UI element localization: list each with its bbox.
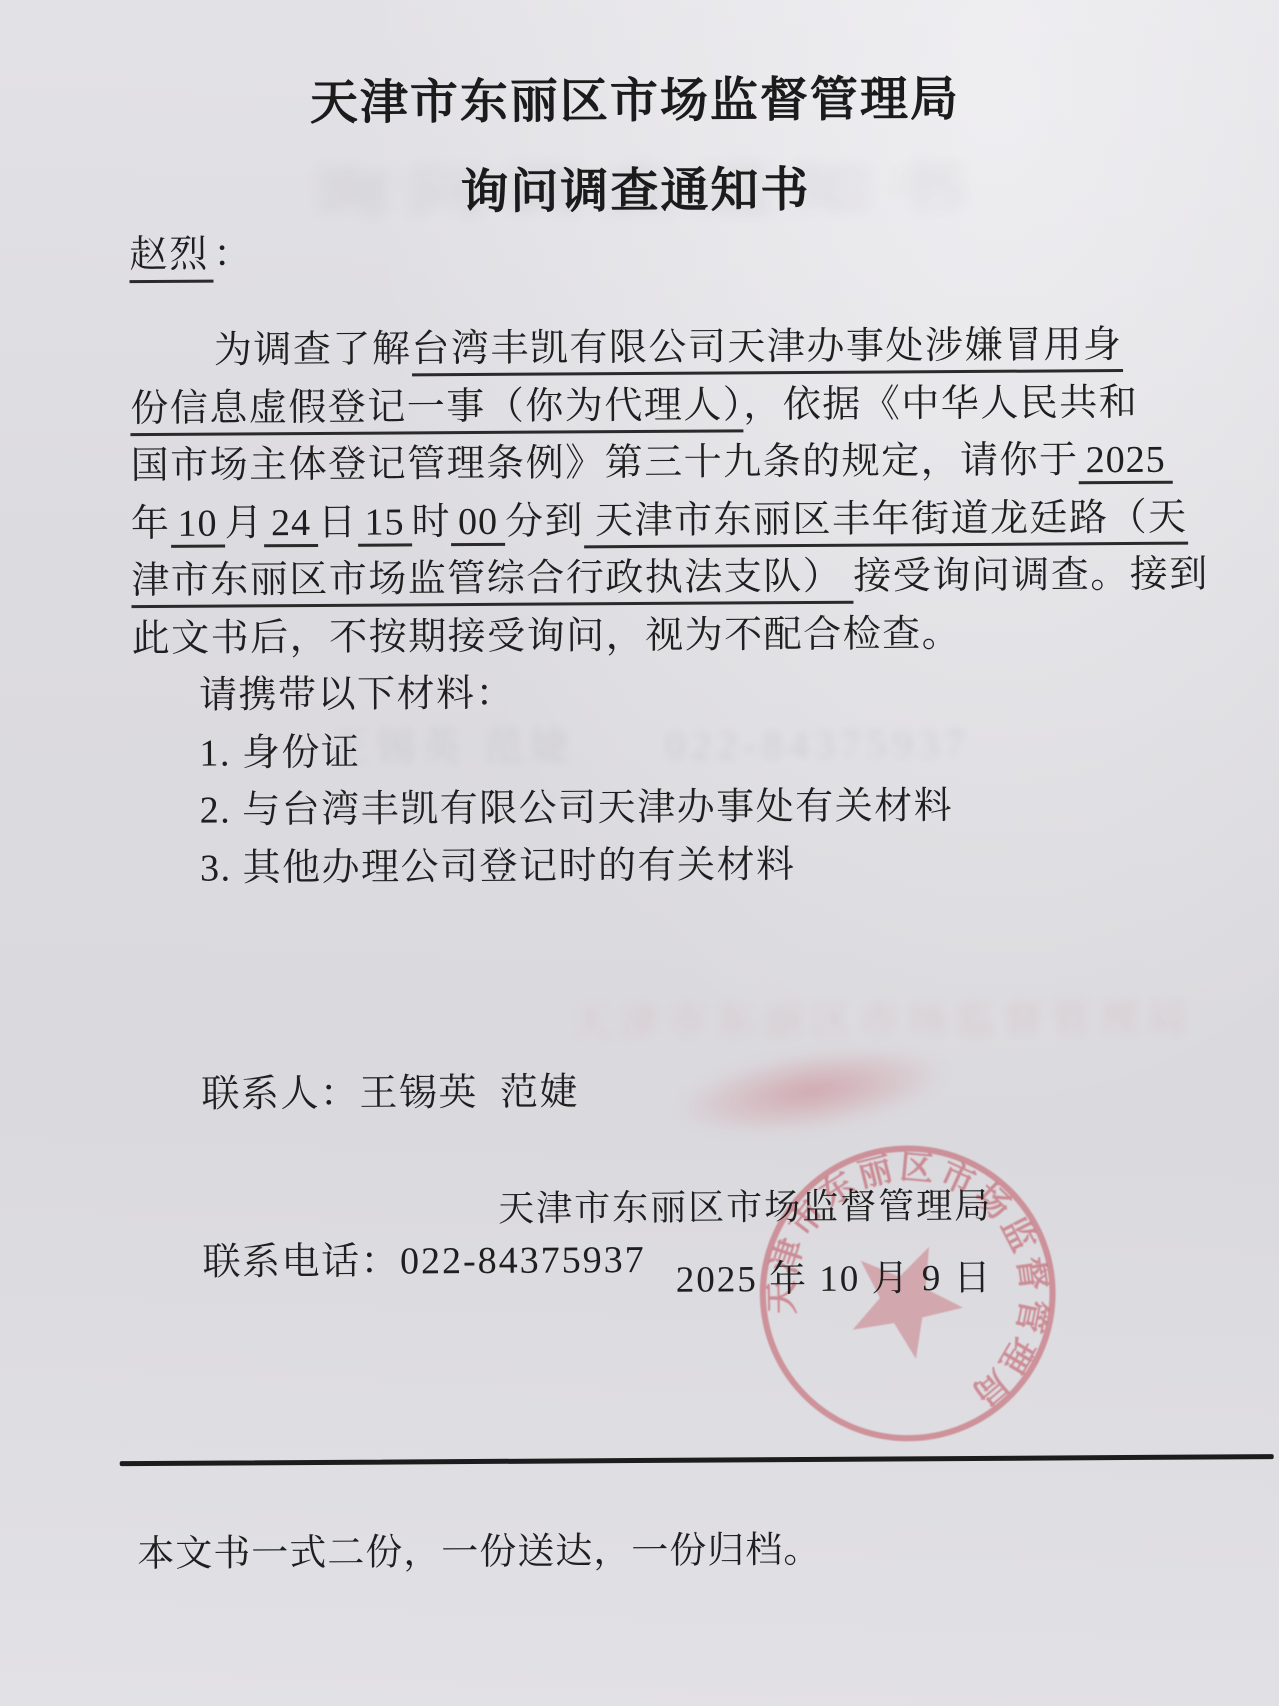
underlined-text: 津市东丽区市场监管综合行政执法支队） [131, 556, 853, 608]
underlined-text: 00 [451, 500, 505, 545]
footer-divider [120, 1454, 1274, 1466]
signature-block: 天津市东丽区市场监督管理局 2025 年 10 月 9 日 [498, 1178, 993, 1304]
contact-phone-label: 联系电话： [202, 1240, 400, 1283]
materials-item: 1. 身份证 [132, 719, 1207, 783]
materials-item: 3. 其他办理公司登记时的有关材料 [133, 834, 1208, 898]
underlined-text: 24 [264, 501, 318, 546]
body-paragraph: 为调查了解台湾丰凯有限公司天津办事处涉嫌冒用身份信息虚假登记一事（你为代理人），… [130, 317, 1208, 899]
addressee-line: 赵烈： [129, 222, 253, 278]
underlined-text: 2025 [1078, 439, 1172, 485]
document-content: 询问调查通知书 王锡英 范婕022-84375937 天津市东丽区市场监督管理局… [0, 0, 1279, 1706]
footer-note: 本文书一式二份，一份送达，一份归档。 [137, 1519, 821, 1577]
contact-person-label: 联系人： [201, 1073, 359, 1116]
signature-org: 天津市东丽区市场监督管理局 [498, 1178, 992, 1232]
bleed-through-red-text: 天津市东丽区市场监督管理局 [571, 987, 1195, 1048]
body-line: 年10月24日15时00分到 天津市东丽区丰年街道龙廷路（天 [131, 489, 1206, 553]
materials-intro: 请携带以下材料： [132, 662, 1207, 726]
body-line: 此文书后，不按期接受询问，视为不配合检查。 [132, 604, 1207, 668]
body-text: 此文书后，不按期接受询问，视为不配合检查。 [132, 613, 962, 660]
body-text: 月 [224, 502, 264, 544]
underlined-text: 天津市东丽区丰年街道龙廷路（天 [584, 496, 1188, 548]
underlined-text: 台湾丰凯有限公司天津办事处涉嫌冒用身 [411, 324, 1122, 376]
body-text: ，依据《中华人民共和 [743, 381, 1138, 425]
addressee-name: 赵烈 [129, 234, 213, 284]
contact-person-names: 王锡英 范婕 [359, 1071, 579, 1114]
document-title: 询问调查通知书 [0, 148, 1275, 225]
body-text: 国市场主体登记管理条例》第三十九条的规定，请你于 [130, 439, 1078, 487]
signature-date: 2025 年 10 月 9 日 [498, 1247, 992, 1304]
body-line: 份信息虚假登记一事（你为代理人），依据《中华人民共和 [130, 374, 1205, 438]
body-line: 为调查了解台湾丰凯有限公司天津办事处涉嫌冒用身 [130, 317, 1205, 381]
underlined-text: 15 [357, 501, 411, 546]
contact-person-line: 联系人：王锡英 范婕 [201, 1064, 645, 1123]
body-text: 年 [131, 502, 171, 544]
body-text: 时 [411, 501, 451, 543]
materials-item: 2. 与台湾丰凯有限公司天津办事处有关材料 [133, 777, 1208, 841]
body-text: 为调查了解 [214, 328, 412, 371]
addressee-colon: ： [213, 233, 253, 275]
issuing-authority-title: 天津市东丽区市场监督管理局 [0, 58, 1275, 135]
body-text: 分到 [505, 500, 584, 542]
body-line: 津市东丽区市场监管综合行政执法支队） 接受询问调查。接到 [131, 547, 1206, 611]
body-text: 接受询问调查。接到 [853, 554, 1209, 598]
stamp-ink-smudge [667, 1031, 956, 1151]
document-page: 询问调查通知书 王锡英 范婕022-84375937 天津市东丽区市场监督管理局… [0, 0, 1279, 1706]
underlined-text: 10 [170, 502, 224, 547]
body-line: 国市场主体登记管理条例》第三十九条的规定，请你于2025 [130, 432, 1205, 496]
contact-block: 联系人：王锡英 范婕 联系电话：022-84375937 [201, 952, 647, 1403]
underlined-text: 份信息虚假登记一事（你为代理人） [130, 384, 743, 436]
body-text: 日 [318, 501, 358, 543]
